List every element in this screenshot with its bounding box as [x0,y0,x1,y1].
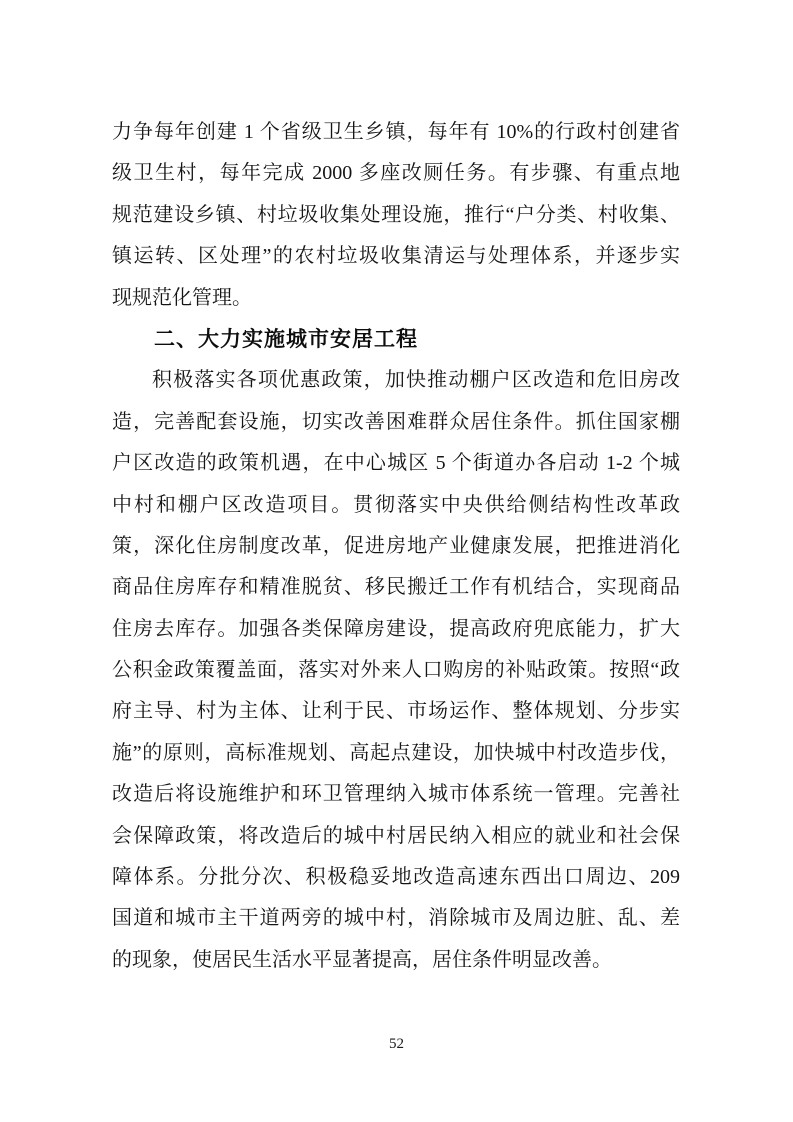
text-line: 商品住房库存和精准脱贫、移民搬迁工作有机结合，实现商品 [112,567,680,608]
page-number: 52 [0,1036,793,1053]
text-line: 府主导、村为主体、让利于民、市场运作、整体规划、分步实 [112,691,680,732]
text-line: 策，深化住房制度改革，促进房地产业健康发展，把推进消化 [112,526,680,567]
text-line: 中村和棚户区改造项目。贯彻落实中央供给侧结构性改革政 [112,485,680,526]
text-line: 公积金政策覆盖面，落实对外来人口购房的补贴政策。按照“政 [112,650,680,691]
text-line: 级卫生村，每年完成 2000 多座改厕任务。有步骤、有重点地 [112,153,680,194]
text-line: 住房去库存。加强各类保障房建设，提高政府兜底能力，扩大 [112,609,680,650]
text-line: 施”的原则，高标准规划、高起点建设，加快城中村改造步伐， [112,733,680,774]
text-line: 力争每年创建 1 个省级卫生乡镇，每年有 10%的行政村创建省 [112,112,680,153]
text-line: 改造后将设施维护和环卫管理纳入城市体系统一管理。完善社 [112,774,680,815]
text-line: 镇运转、区处理”的农村垃圾收集清运与处理体系，并逐步实 [112,236,680,277]
text-line: 障体系。分批分次、积极稳妥地改造高速东西出口周边、209 [112,857,680,898]
page-content: 力争每年创建 1 个省级卫生乡镇，每年有 10%的行政村创建省 级卫生村，每年完… [112,112,680,981]
section-heading: 二、大力实施城市安居工程 [112,319,680,360]
text-line: 的现象，使居民生活水平显著提高，居住条件明显改善。 [112,940,680,981]
text-line: 会保障政策，将改造后的城中村居民纳入相应的就业和社会保 [112,816,680,857]
text-line: 现规范化管理。 [112,278,680,319]
document-page: 力争每年创建 1 个省级卫生乡镇，每年有 10%的行政村创建省 级卫生村，每年完… [0,0,793,1122]
text-line: 造，完善配套设施，切实改善困难群众居住条件。抓住国家棚 [112,402,680,443]
text-line: 国道和城市主干道两旁的城中村，消除城市及周边脏、乱、差 [112,898,680,939]
text-line: 积极落实各项优惠政策，加快推动棚户区改造和危旧房改 [112,360,680,401]
text-line: 户区改造的政策机遇，在中心城区 5 个街道办各启动 1-2 个城 [112,443,680,484]
text-line: 规范建设乡镇、村垃圾收集处理设施，推行“户分类、村收集、 [112,195,680,236]
